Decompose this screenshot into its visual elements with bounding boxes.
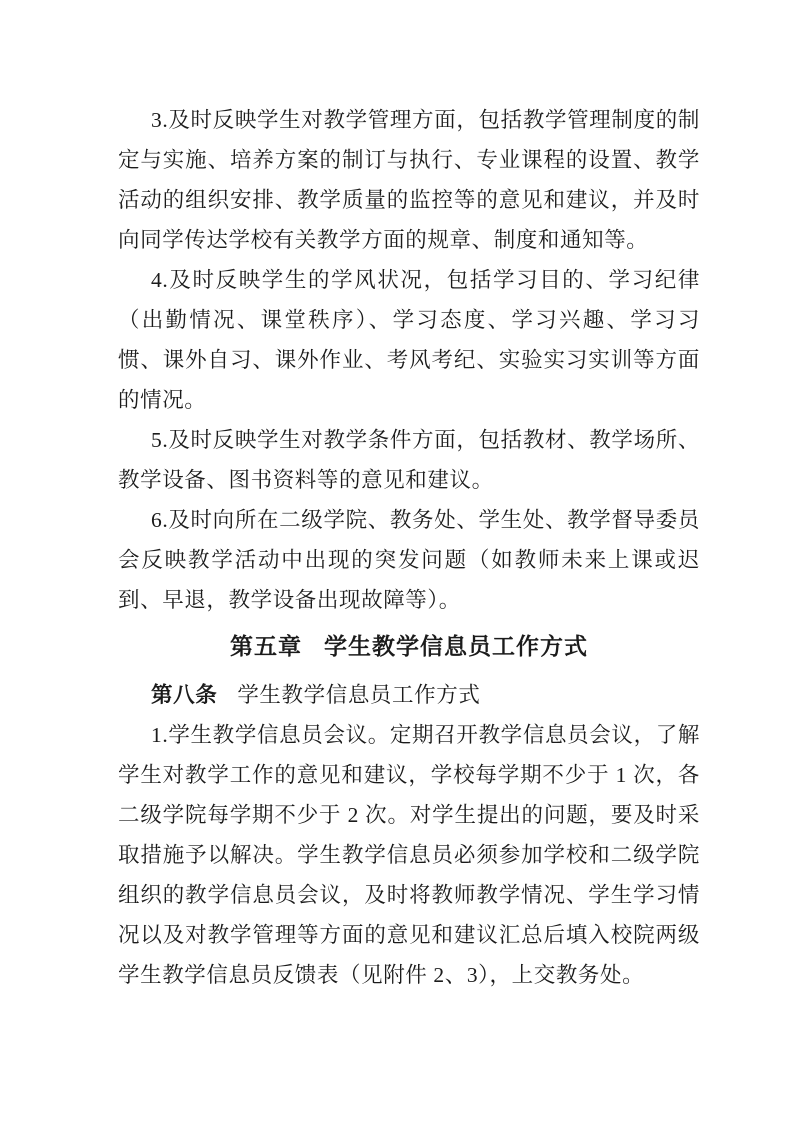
paragraph-item-4: 4.及时反映学生的学风状况，包括学习目的、学习纪律（出勤情况、课堂秩序）、学习态… [118,260,700,420]
chapter-title: 学生教学信息员工作方式 [324,633,588,659]
paragraph-item-5: 5.及时反映学生对教学条件方面，包括教材、教学场所、教学设备、图书资料等的意见和… [118,420,700,500]
document-content-area: 3.及时反映学生对教学管理方面，包括教学管理制度的制定与实施、培养方案的制订与执… [118,100,700,995]
paragraph-item-6: 6.及时向所在二级学院、教务处、学生处、教学督导委员会反映教学活动中出现的突发问… [118,500,700,620]
chapter-label: 第五章 [230,633,302,659]
section-paragraph-1: 1.学生教学信息员会议。定期召开教学信息员会议，了解学生对教学工作的意见和建议，… [118,715,700,995]
paragraph-item-3: 3.及时反映学生对教学管理方面，包括教学管理制度的制定与实施、培养方案的制订与执… [118,100,700,260]
article-title: 学生教学信息员工作方式 [237,683,480,707]
article-heading: 第八条学生教学信息员工作方式 [118,675,700,715]
article-label: 第八条 [151,683,217,707]
chapter-heading: 第五章学生教学信息员工作方式 [118,626,700,666]
document-page: 3.及时反映学生对教学管理方面，包括教学管理制度的制定与实施、培养方案的制订与执… [0,0,793,1122]
